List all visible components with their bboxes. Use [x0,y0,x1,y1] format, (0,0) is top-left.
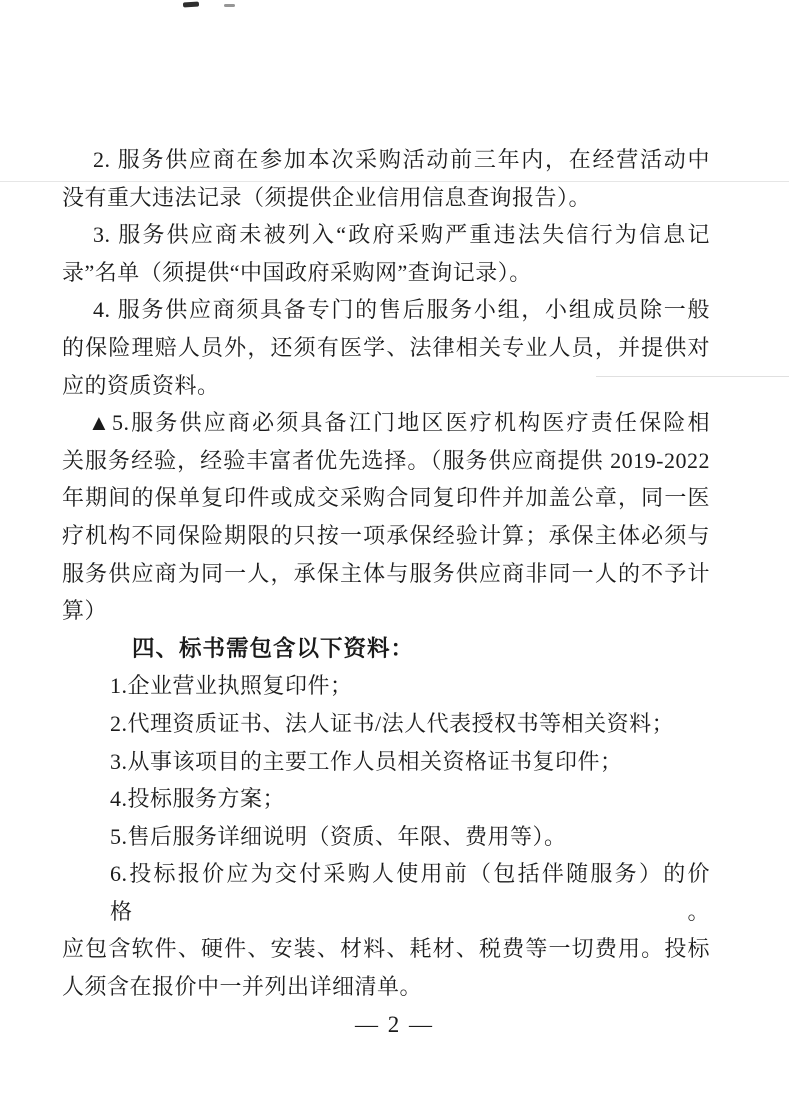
tender-item-6-line: 人须含在报价中一并列出详细清单。 [62,968,710,1006]
clause-4-line: 4. 服务供应商须具备专门的售后服务小组，小组成员除一般 [62,291,710,329]
page-number: — 2 — [0,1012,789,1038]
clause-4-line: 的保险理赔人员外，还须有医学、法律相关专业人员，并提供对 [62,329,710,367]
tender-item-3: 3.从事该项目的主要工作人员相关资格证书复印件； [62,743,710,781]
tender-item-1: 1.企业营业执照复印件； [62,667,710,705]
tender-item-6-line: 6.投标报价应为交付采购人使用前（包括伴随服务）的价格。 [62,855,710,930]
clause-5-starred-line: 服务供应商为同一人，承保主体与服务供应商非同一人的不予计 [62,555,710,593]
document-body: 2. 服务供应商在参加本次采购活动前三年内，在经营活动中 没有重大违法记录（须提… [62,141,710,1006]
clause-5-starred-line: ▲5.服务供应商必须具备江门地区医疗机构医疗责任保险相 [62,404,710,442]
scanned-document-page: 2. 服务供应商在参加本次采购活动前三年内，在经营活动中 没有重大违法记录（须提… [0,0,789,1120]
section-heading: 四、标书需包含以下资料： [62,630,710,668]
clause-5-starred-line: 关服务经验，经验丰富者优先选择。（服务供应商提供 2019-2022 [62,442,710,480]
clause-2-line: 没有重大违法记录（须提供企业信用信息查询报告）。 [62,179,710,217]
tender-item-2: 2.代理资质证书、法人证书/法人代表授权书等相关资料； [62,705,710,743]
clause-3-line: 3. 服务供应商未被列入“政府采购严重违法失信行为信息记 [62,216,710,254]
clause-5-starred-line: 疗机构不同保险期限的只按一项承保经验计算；承保主体必须与 [62,517,710,555]
clause-2-line: 2. 服务供应商在参加本次采购活动前三年内，在经营活动中 [62,141,710,179]
tender-item-6-line: 应包含软件、硬件、安装、材料、耗材、税费等一切费用。投标 [62,930,710,968]
scan-smudge-artifact [183,1,199,7]
clause-5-starred-line: 年期间的保单复印件或成交采购合同复印件并加盖公章，同一医 [62,479,710,517]
clause-4-line: 应的资质资料。 [62,367,710,405]
clause-5-starred-line: 算） [62,592,710,630]
scan-smudge-artifact [224,4,235,7]
tender-item-5: 5.售后服务详细说明（资质、年限、费用等）。 [62,818,710,856]
clause-3-line: 录”名单（须提供“中国政府采购网”查询记录）。 [62,254,710,292]
tender-item-4: 4.投标服务方案； [62,780,710,818]
